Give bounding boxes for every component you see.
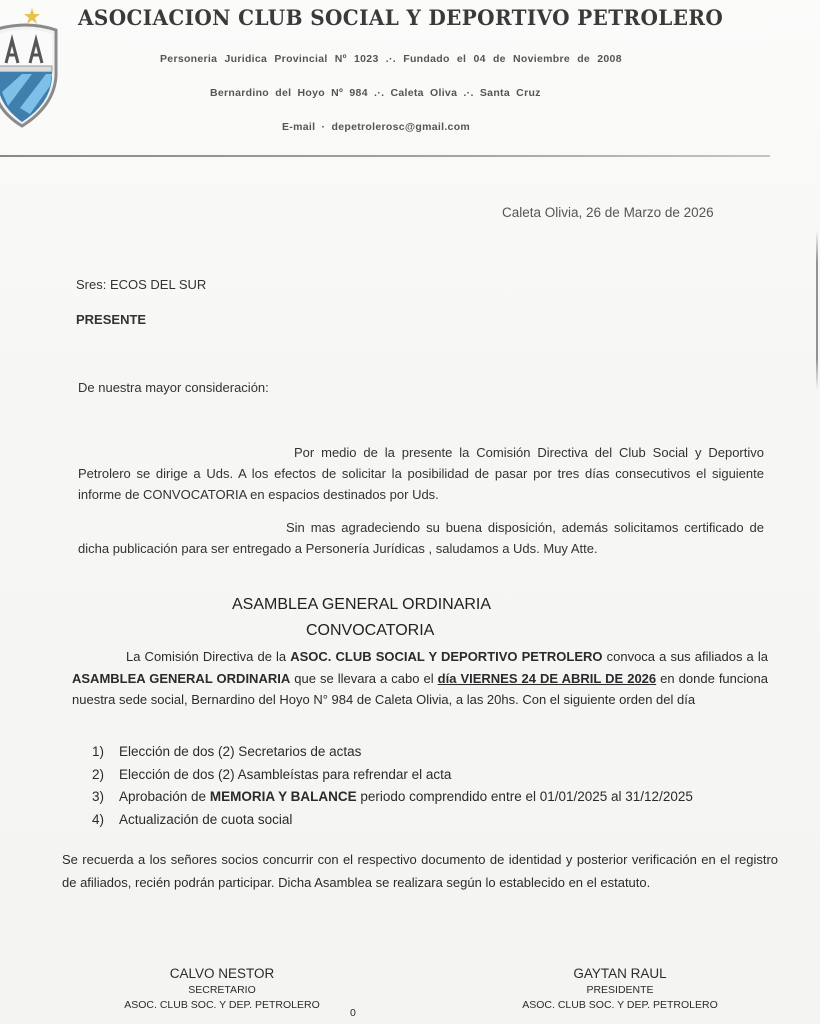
- letterhead-title: ASOCIACION CLUB SOCIAL Y DEPORTIVO PETRO…: [78, 6, 710, 31]
- agenda-item: 4)Actualización de cuota social: [92, 812, 693, 835]
- thanks-paragraph: Sin mas agradeciendo su buena disposició…: [78, 517, 764, 559]
- body-text: La Comisión Directiva de la: [126, 649, 290, 664]
- letter-date: Caleta Olivia, 26 de Marzo de 2026: [502, 205, 714, 220]
- agenda-item: 2)Elección de dos (2) Asambleístas para …: [92, 767, 693, 790]
- recipient-prefix: Sres:: [76, 277, 110, 292]
- body-text: que se llevara a cabo el: [290, 671, 437, 686]
- assembly-date: día VIERNES 24 DE ABRIL DE 2026: [438, 671, 657, 686]
- stray-mark: 0: [350, 1007, 356, 1019]
- paper-edge-shadow: [816, 230, 818, 390]
- assembly-name-bold: ASAMBLEA GENERAL ORDINARIA: [72, 671, 290, 686]
- signature-secretary: CALVO NESTOR SECRETARIO ASOC. CLUB SOC. …: [112, 966, 332, 1011]
- reminder-paragraph: Se recuerda a los señores socios concurr…: [62, 848, 778, 894]
- signature-president: GAYTAN RAUL PRESIDENTE ASOC. CLUB SOC. Y…: [510, 966, 730, 1011]
- letterhead-email: E-mail · depetrolerosc@gmail.com: [282, 121, 470, 133]
- request-paragraph: Por medio de la presente la Comisión Dir…: [78, 442, 764, 505]
- recipient: Sres: ECOS DEL SUR: [76, 277, 206, 292]
- assembly-heading: ASAMBLEA GENERAL ORDINARIA: [232, 596, 491, 614]
- convocatoria-heading: CONVOCATORIA: [306, 622, 434, 640]
- body-text: convoca a sus afiliados a la: [603, 649, 768, 664]
- agenda-item: 1)Elección de dos (2) Secretarios de act…: [92, 744, 693, 767]
- club-shield-logo-icon: [0, 6, 58, 128]
- recipient-name: ECOS DEL SUR: [110, 277, 206, 292]
- signer-role: PRESIDENTE: [510, 984, 730, 996]
- signer-role: SECRETARIO: [112, 984, 332, 996]
- signer-org: ASOC. CLUB SOC. Y DEP. PETROLERO: [112, 999, 332, 1011]
- club-name-bold: ASOC. CLUB SOCIAL Y DEPORTIVO PETROLERO: [290, 649, 602, 664]
- salutation: De nuestra mayor consideración:: [78, 380, 269, 395]
- letterhead-address: Bernardino del Hoyo Nº 984 .·. Caleta Ol…: [210, 87, 541, 99]
- letterhead-registration: Personeria Juridica Provincial Nº 1023 .…: [160, 53, 622, 65]
- signer-org: ASOC. CLUB SOC. Y DEP. PETROLERO: [510, 999, 730, 1011]
- letter-page: ASOCIACION CLUB SOCIAL Y DEPORTIVO PETRO…: [0, 0, 820, 1024]
- signer-name: GAYTAN RAUL: [510, 966, 730, 981]
- agenda-list: 1)Elección de dos (2) Secretarios de act…: [92, 744, 693, 834]
- agenda-item: 3)Aprobación de MEMORIA Y BALANCE period…: [92, 789, 693, 812]
- convocatoria-body: La Comisión Directiva de la ASOC. CLUB S…: [72, 646, 768, 711]
- letterhead-divider: [0, 155, 770, 157]
- signer-name: CALVO NESTOR: [112, 966, 332, 981]
- presente-label: PRESENTE: [76, 312, 146, 327]
